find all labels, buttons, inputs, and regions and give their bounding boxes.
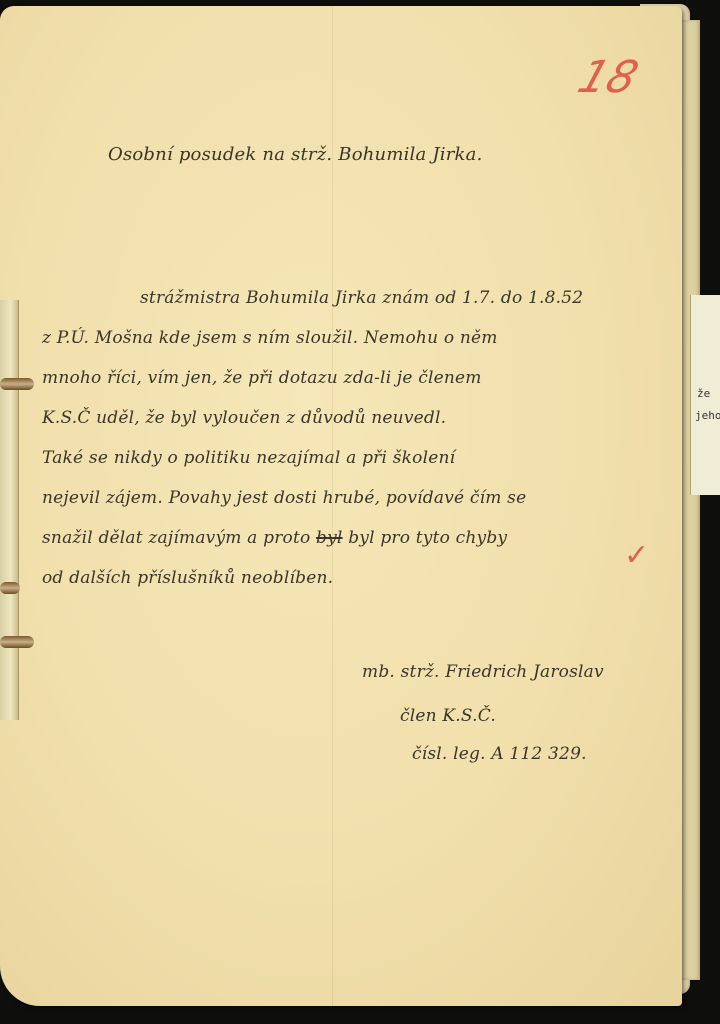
body-line: strážmistra Bohumila Jirka znám od 1.7. …	[140, 288, 583, 308]
document-page: 18 Osobní posudek na strž. Bohumila Jirk…	[0, 6, 682, 1006]
struck-word: byl	[316, 528, 343, 548]
margin-check-mark: ✓	[624, 538, 649, 573]
body-line: z P.Ú. Mošna kde jsem s ním sloužil. Nem…	[42, 328, 498, 348]
body-line: od dalších příslušníků neoblíben.	[42, 568, 333, 588]
signature-line-3: čísl. leg. A 112 329.	[412, 744, 587, 764]
binding-ring	[0, 636, 34, 648]
body-line: mnoho říci, vím jen, že při dotazu zda-l…	[42, 368, 482, 388]
body-line: snažil dělat zajímavým a proto byl byl p…	[42, 528, 507, 548]
binding-spine	[0, 300, 19, 720]
binding-ring	[0, 378, 34, 390]
page-number-mark: 18	[572, 52, 645, 103]
body-line-tail: byl pro tyto chyby	[348, 528, 507, 548]
adjacent-typed-page: že jeho	[690, 295, 720, 495]
body-line: Také se nikdy o politiku nezajímal a při…	[42, 448, 455, 468]
signature-line-2: člen K.S.Č.	[400, 706, 496, 726]
binding-ring	[0, 582, 20, 594]
body-line: K.S.Č uděl, že byl vyloučen z důvodů neu…	[42, 408, 446, 428]
typed-fragment: že	[697, 387, 710, 400]
body-line: nejevil zájem. Povahy jest dosti hrubé, …	[42, 488, 526, 508]
typed-fragment: jeho	[695, 409, 720, 422]
signature-line-1: mb. strž. Friedrich Jaroslav	[362, 662, 604, 682]
body-line-text: snažil dělat zajímavým a proto	[42, 528, 310, 548]
document-title: Osobní posudek na strž. Bohumila Jirka.	[108, 144, 483, 165]
